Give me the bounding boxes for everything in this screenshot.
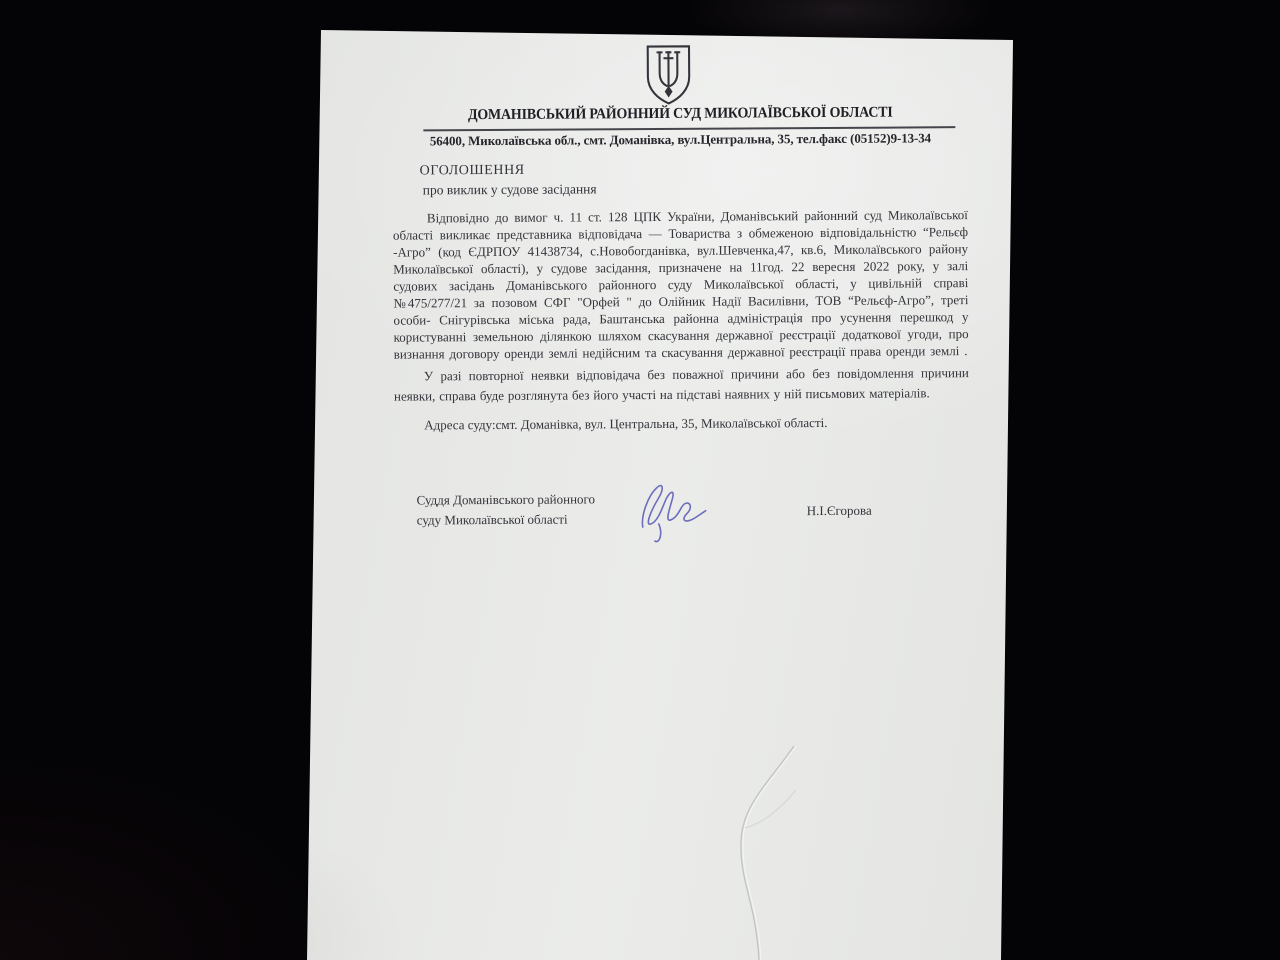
photo-background: ДОМАНІВСЬКИЙ РАЙОННИЙ СУД МИКОЛАЇВСЬКОЇ … xyxy=(0,0,1280,960)
body-paragraph-1: Відповідно до вимог ч. 11 ст. 128 ЦПК Ук… xyxy=(393,206,969,363)
document-content: ДОМАНІВСЬКИЙ РАЙОННИЙ СУД МИКОЛАЇВСЬКОЇ … xyxy=(308,28,1019,960)
announcement-title: ОГОЛОШЕННЯ xyxy=(420,163,525,180)
court-contact-line: 56400, Миколаївська обл., смт. Доманівка… xyxy=(350,130,1010,150)
judge-signature-icon xyxy=(632,479,712,551)
announcement-subtitle: про виклик у судове засідання xyxy=(423,181,597,198)
judge-role-line2: суду Миколаївської області xyxy=(417,509,596,530)
judge-name: Н.І.Єгорова xyxy=(807,503,872,519)
ukraine-trident-emblem-icon xyxy=(639,43,698,107)
document-body: Відповідно до вимог ч. 11 ст. 128 ЦПК Ук… xyxy=(393,206,969,434)
body-paragraph-2: У разі повторної неявки відповідача без … xyxy=(394,363,969,406)
court-address-line: Адреса суду:смт. Доманівка, вул. Централ… xyxy=(394,414,969,434)
judge-role-line1: Суддя Доманівського районного xyxy=(417,489,596,510)
judge-role: Суддя Доманівського районного суду Микол… xyxy=(417,489,596,530)
court-name: ДОМАНІВСЬКИЙ РАЙОННИЙ СУД МИКОЛАЇВСЬКОЇ … xyxy=(373,104,987,125)
signature-block: Суддя Доманівського районного суду Микол… xyxy=(417,485,977,568)
